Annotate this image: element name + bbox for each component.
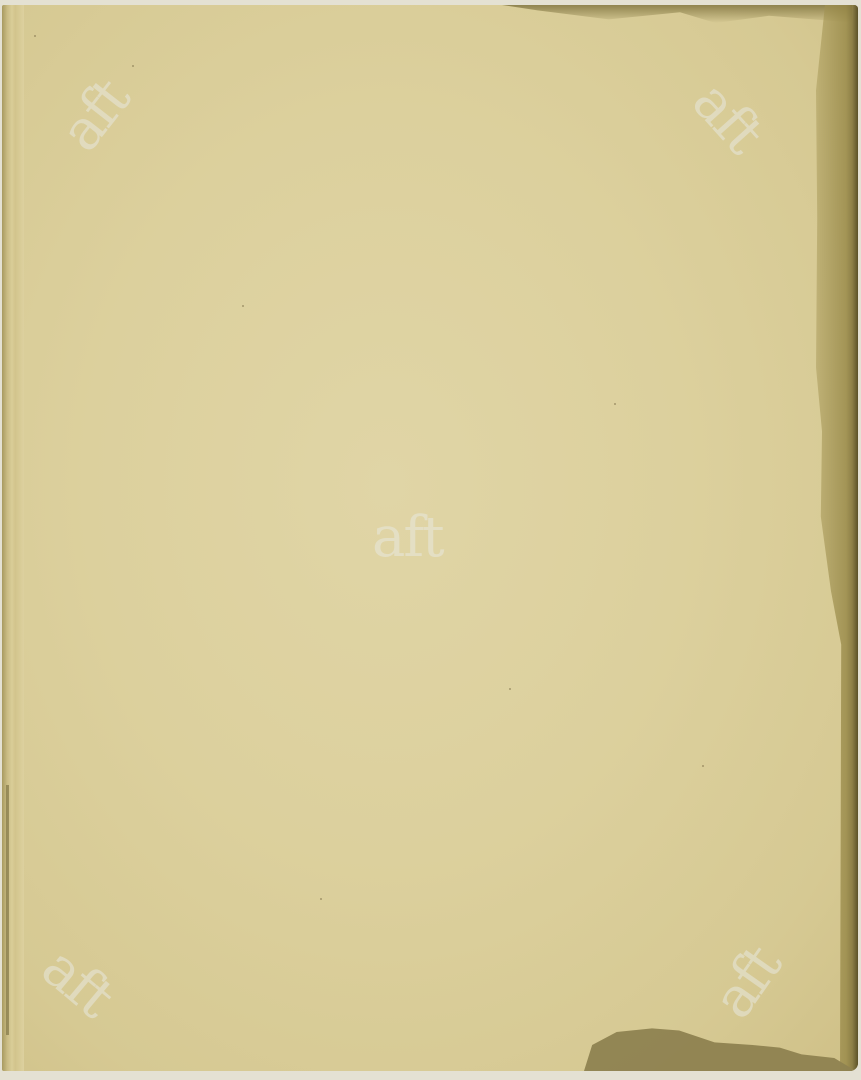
watermark-center: aft xyxy=(372,505,443,570)
binding-edge xyxy=(2,5,24,1071)
watermark-top-left: aft xyxy=(48,68,143,164)
top-edge-stain xyxy=(502,5,858,23)
paper-speck xyxy=(320,898,322,900)
blank-page: aft aft aft aft aft xyxy=(2,5,858,1071)
right-edge-water-stain xyxy=(798,5,858,1071)
paper-speck xyxy=(702,765,704,767)
paper-speck xyxy=(509,688,511,690)
paper-speck xyxy=(614,403,616,405)
right-page-edge xyxy=(852,5,858,1071)
watermark-bottom-left: aft xyxy=(29,935,125,1030)
paper-speck xyxy=(132,65,134,67)
bottom-water-stain xyxy=(584,1019,856,1071)
watermark-top-right: aft xyxy=(680,70,776,166)
scan-background: aft aft aft aft aft xyxy=(0,0,861,1080)
paper-speck xyxy=(34,35,36,37)
watermark-bottom-right: aft xyxy=(700,935,794,1030)
paper-speck xyxy=(242,305,244,307)
